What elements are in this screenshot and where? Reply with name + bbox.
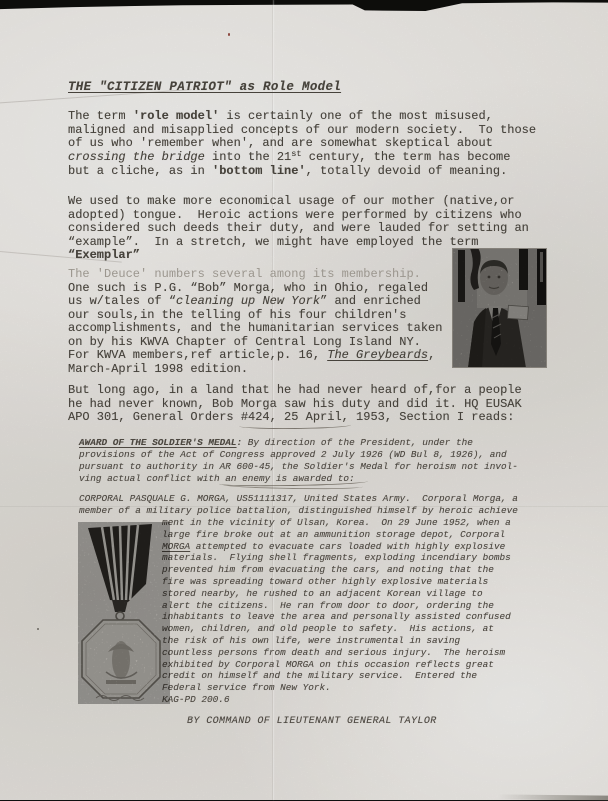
award-of-soldiers-medal-block: AWARD OF THE SOLDIER'S MEDAL: By directi…: [79, 437, 518, 485]
photo-bob-morga: [452, 248, 547, 368]
hand-drawn-double-underline: [219, 479, 368, 489]
by-command-line: BY COMMAND OF LIEUTENANT GENERAL TAYLOR: [187, 716, 437, 728]
soldiers-medal-image: [78, 522, 170, 704]
citation-body: ment in the vicinity of Ulsan, Korea. On…: [162, 517, 511, 706]
citation-intro: CORPORAL PASQUALE G. MORGA, US51111317, …: [79, 493, 518, 517]
scanner-edge: [0, 0, 608, 13]
scanned-document: THE "CITIZEN PATRIOT" as Role Model The …: [0, 0, 608, 800]
page-bottom-shadow: [498, 794, 608, 800]
document-title: THE "CITIZEN PATRIOT" as Role Model: [68, 80, 341, 94]
paper-speck: [37, 628, 39, 630]
paper-speck: [228, 33, 230, 36]
paragraph-role-model: The term 'role model' is certainly one o…: [68, 110, 536, 179]
paragraph-deuce-membership: The 'Deuce' numbers several among its me…: [68, 268, 442, 376]
paragraph-long-ago: But long ago, in a land that he had neve…: [68, 384, 522, 425]
